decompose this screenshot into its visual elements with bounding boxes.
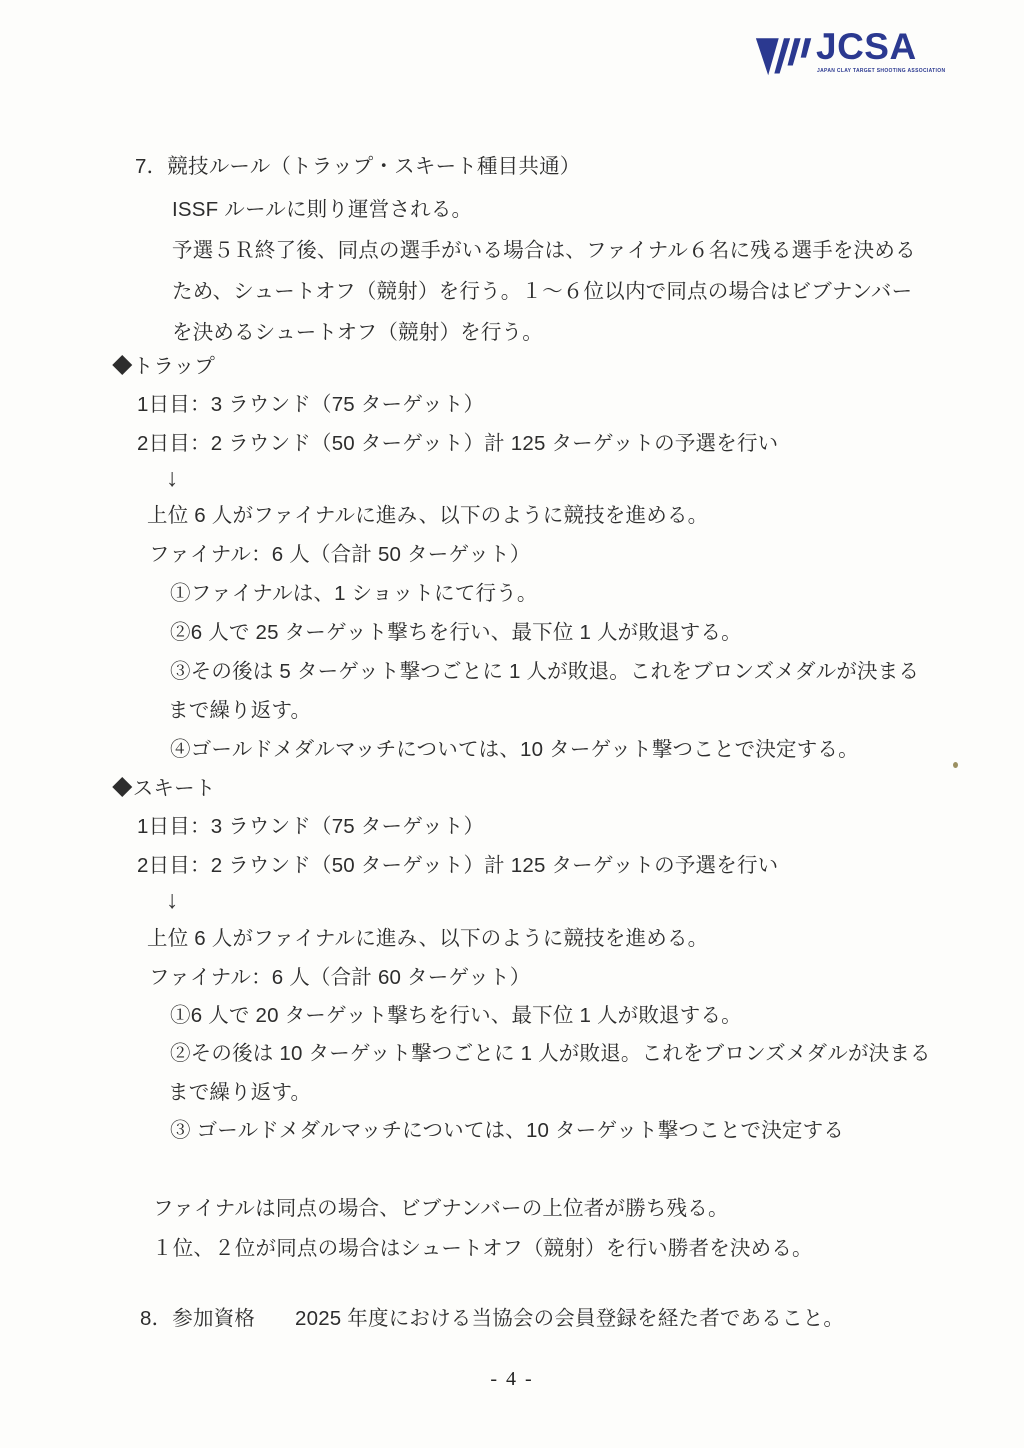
- skeet-day2: 2日目：2 ラウンド（50 ターゲット）計 125 ターゲットの予選を行い: [137, 853, 778, 879]
- trap-advance: 上位 6 人がファイナルに進み、以下のように競技を進める。: [147, 503, 708, 529]
- trap-step: ④ゴールドメダルマッチについては、10 ターゲット撃つことで決定する。: [170, 737, 859, 763]
- section7-heading: 7．競技ルール（トラップ・スキート種目共通）: [135, 154, 580, 180]
- trap-bullet-heading: ◆トラップ: [112, 354, 215, 380]
- jcsa-logo-text: JCSA: [816, 26, 917, 68]
- skeet-step-continuation: まで繰り返す。: [168, 1080, 311, 1106]
- trap-step-continuation: まで繰り返す。: [168, 698, 311, 724]
- jcsa-logo-tagline: JAPAN CLAY TARGET SHOOTING ASSOCIATION: [817, 68, 945, 74]
- section8-row: 8．参加資格 2025 年度における当協会の会員登録を経た者であること。: [0, 1306, 1024, 1336]
- intro-line: 予選５Ｒ終了後、同点の選手がいる場合は、ファイナル６名に残る選手を決める: [172, 238, 916, 264]
- jcsa-logo: JCSA JAPAN CLAY TARGET SHOOTING ASSOCIAT…: [755, 30, 907, 86]
- down-arrow-icon: ↓: [166, 888, 179, 913]
- skeet-step: ①6 人で 20 ターゲット撃ちを行い、最下位 1 人が敗退する。: [170, 1003, 742, 1029]
- trap-step: ③その後は 5 ターゲット撃つごとに 1 人が敗退。これをブロンズメダルが決まる: [170, 659, 919, 685]
- trap-final-header: ファイナル：6 人（合計 50 ターゲット）: [149, 542, 530, 568]
- skeet-step: ②その後は 10 ターゲット撃つごとに 1 人が敗退。これをブロンズメダルが決ま…: [170, 1041, 931, 1067]
- intro-line: ISSF ルールに則り運営される。: [172, 197, 472, 223]
- section8-heading: 8．参加資格: [140, 1306, 255, 1332]
- intro-line: を決めるシュートオフ（競射）を行う。: [172, 320, 543, 346]
- intro-line: ため、シュートオフ（競射）を行う。１～６位以内で同点の場合はビブナンバー: [172, 279, 912, 305]
- trap-day1: 1日目：3 ラウンド（75 ターゲット）: [137, 392, 484, 418]
- skeet-step: ③ ゴールドメダルマッチについては、10 ターゲット撃つことで決定する: [170, 1118, 844, 1144]
- down-arrow-icon: ↓: [166, 466, 179, 491]
- scan-speck: [953, 762, 958, 768]
- tie-note: ファイナルは同点の場合、ビブナンバーの上位者が勝ち残る。: [153, 1196, 729, 1222]
- page-number: - 4 -: [0, 1368, 1024, 1391]
- jcsa-logo-mark-icon: [755, 33, 813, 77]
- skeet-final-header: ファイナル：6 人（合計 60 ターゲット）: [149, 965, 530, 991]
- tie-note: １位、２位が同点の場合はシュートオフ（競射）を行い勝者を決める。: [152, 1236, 813, 1262]
- trap-step: ②6 人で 25 ターゲット撃ちを行い、最下位 1 人が敗退する。: [170, 620, 742, 646]
- trap-step: ①ファイナルは、1 ショットにて行う。: [170, 581, 538, 607]
- skeet-advance: 上位 6 人がファイナルに進み、以下のように競技を進める。: [147, 926, 708, 952]
- trap-day2: 2日目：2 ラウンド（50 ターゲット）計 125 ターゲットの予選を行い: [137, 431, 778, 457]
- skeet-bullet-heading: ◆スキート: [112, 776, 216, 802]
- section8-text: 2025 年度における当協会の会員登録を経た者であること。: [295, 1306, 844, 1332]
- skeet-day1: 1日目：3 ラウンド（75 ターゲット）: [137, 814, 484, 840]
- document-page: JCSA JAPAN CLAY TARGET SHOOTING ASSOCIAT…: [0, 0, 1024, 1448]
